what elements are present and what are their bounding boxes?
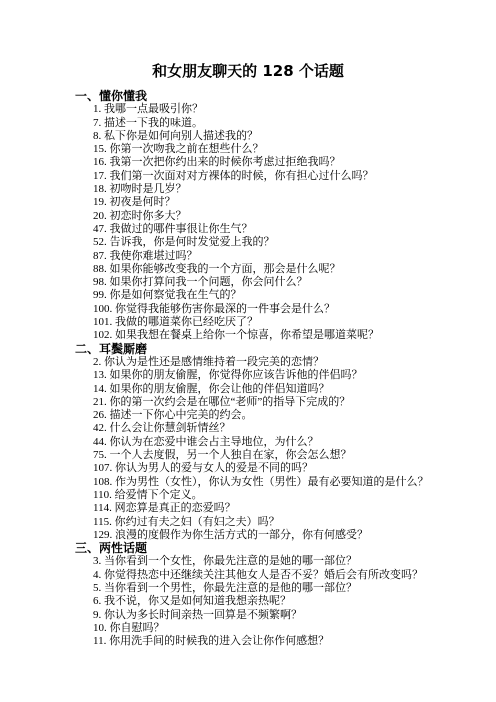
list-item: 98. 如果你打算问我一个问题，你会问什么？ (75, 276, 488, 289)
list-item: 26. 描述一下你心中完美的约会。 (75, 409, 488, 422)
list-item: 101. 我做的哪道菜你已经吃厌了？ (75, 316, 488, 329)
section: 二、耳鬓厮磨2. 你认为是性还是感情维持着一段完美的恋情？13. 如果你的朋友偷… (75, 343, 488, 542)
list-item: 88. 如果你能够改变我的一个方面，那会是什么呢？ (75, 263, 488, 276)
section-heading: 二、耳鬓厮磨 (75, 343, 488, 356)
section: 三、两性话题3. 当你看到一个女性，你最先注意的是她的哪一部位？4. 你觉得热恋… (75, 542, 488, 648)
sections-container: 一、懂你懂我1. 我哪一点最吸引你？7. 描述一下我的味道。8. 私下你是如何向… (0, 90, 496, 648)
list-item: 9. 你认为多长时间亲热一回算是不频繁啊？ (75, 609, 488, 622)
list-item: 110. 给爱情下个定义。 (75, 489, 488, 502)
list-item: 17. 我们第一次面对对方裸体的时候，你有担心过什么吗？ (75, 170, 488, 183)
list-item: 4. 你觉得热恋中还继续关注其他女人是否不妥？婚后会有所改变吗？ (75, 569, 488, 582)
list-item: 108. 作为男性（女性），你认为女性（男性）最有必要知道的是什么？ (75, 476, 488, 489)
document-title: 和女朋友聊天的 128 个话题 (0, 62, 496, 80)
list-item: 100. 你觉得我能够伤害你最深的一件事会是什么？ (75, 303, 488, 316)
list-item: 42. 什么会让你慧剑斩情丝？ (75, 422, 488, 435)
list-item: 20. 初恋时你多大？ (75, 210, 488, 223)
list-item: 18. 初吻时是几岁？ (75, 183, 488, 196)
list-item: 52. 告诉我，你是何时发觉爱上我的？ (75, 236, 488, 249)
list-item: 16. 我第一次把你约出来的时候你考虑过拒绝我吗？ (75, 156, 488, 169)
list-item: 107. 你认为男人的爱与女人的爱是不同的吗？ (75, 462, 488, 475)
list-item: 102. 如果我想在餐桌上给你一个惊喜，你希望是哪道菜呢？ (75, 329, 488, 342)
list-item: 87. 我使你难堪过吗？ (75, 250, 488, 263)
list-item: 5. 当你看到一个男性，你最先注意的是他的哪一部位？ (75, 582, 488, 595)
list-item: 3. 当你看到一个女性，你最先注意的是她的哪一部位？ (75, 555, 488, 568)
list-item: 1. 我哪一点最吸引你？ (75, 103, 488, 116)
list-item: 10. 你自慰吗？ (75, 622, 488, 635)
list-item: 6. 我不说，你又是如何知道我想亲热呢？ (75, 595, 488, 608)
list-item: 47. 我做过的哪件事很让你生气？ (75, 223, 488, 236)
list-item: 11. 你用洗手间的时候我的进入会让你作何感想？ (75, 635, 488, 648)
list-item: 21. 你的第一次约会是在哪位“老师”的指导下完成的？ (75, 396, 488, 409)
section: 一、懂你懂我1. 我哪一点最吸引你？7. 描述一下我的味道。8. 私下你是如何向… (75, 90, 488, 343)
document-page: 和女朋友聊天的 128 个话题 一、懂你懂我1. 我哪一点最吸引你？7. 描述一… (0, 0, 496, 702)
list-item: 19. 初夜是何时？ (75, 196, 488, 209)
list-item: 8. 私下你是如何向别人描述我的？ (75, 130, 488, 143)
list-item: 115. 你约过有夫之妇（有妇之夫）吗？ (75, 516, 488, 529)
list-item: 2. 你认为是性还是感情维持着一段完美的恋情？ (75, 356, 488, 369)
list-item: 7. 描述一下我的味道。 (75, 117, 488, 130)
section-heading: 一、懂你懂我 (75, 90, 488, 103)
list-item: 75. 一个人去度假，另一个人独自在家，你会怎么想？ (75, 449, 488, 462)
list-item: 13. 如果你的朋友偷腥，你觉得你应该告诉他的伴侣吗？ (75, 369, 488, 382)
list-item: 15. 你第一次吻我之前在想些什么？ (75, 143, 488, 156)
list-item: 44. 你认为在恋爱中谁会占主导地位，为什么？ (75, 436, 488, 449)
section-heading: 三、两性话题 (75, 542, 488, 555)
list-item: 99. 你是如何察觉我在生气的？ (75, 289, 488, 302)
list-item: 114. 网恋算是真正的恋爱吗？ (75, 502, 488, 515)
list-item: 14. 如果你的朋友偷腥，你会让他的伴侣知道吗？ (75, 383, 488, 396)
